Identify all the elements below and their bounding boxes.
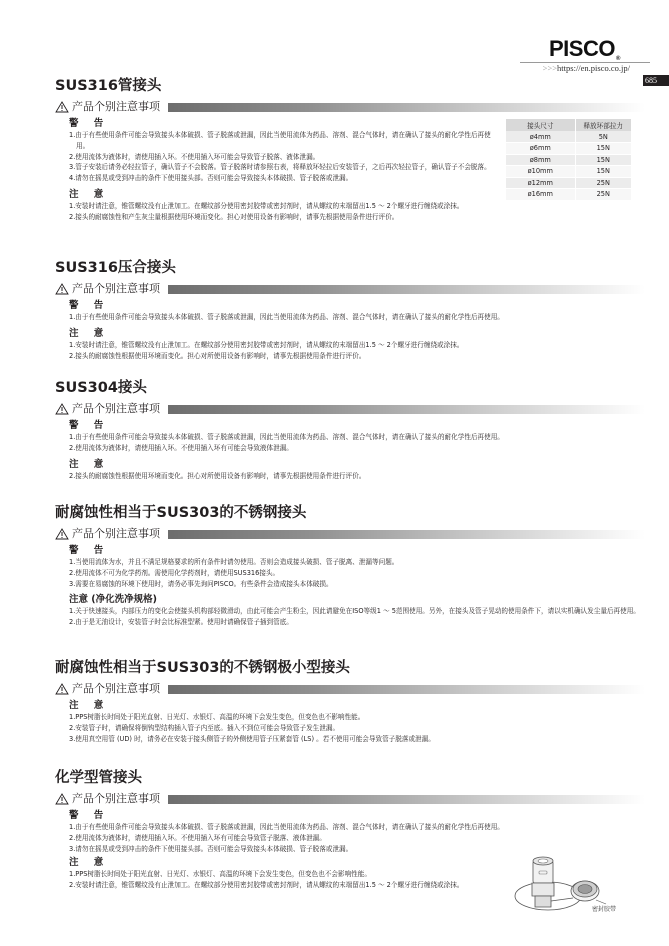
caution-heading: 产品个别注意事项 [72,681,160,696]
section-title: 耐腐蚀性相当于SUS303的不锈钢极小型接头 [55,658,645,678]
column-header-size: 接头尺寸 [506,119,575,131]
warning-item: 1.由于有些使用条件可能会导致接头本体破损、管子脱落或泄漏，因此当使用流体为药品… [69,822,645,833]
caution-item: 2.由于是无油设计，安装管子时会比标准型紧。使用时请确保管子插到管底。 [69,617,645,628]
caution-item: 1.安装时请注意，锥管螺纹没有止泄加工。在螺纹部分使用密封胶带或密封剂时，请从螺… [69,340,645,351]
warning-triangle-icon [55,403,69,415]
caution-heading: 产品个别注意事项 [72,99,160,114]
pisco-logo: PISCO® [549,36,620,62]
sealing-tape-label: 密封胶带 [592,904,616,913]
url-text[interactable]: https://en.pisco.co.jp/ [557,63,630,73]
caution-item: 1.关于快速接头，内部压力的变化会使接头机构部轻微滑动，由此可能会产生粉尘，因此… [69,606,645,617]
warning-item: 2.使用流体为液体时，请使用插入环。不使用插入环有可能会导致管子脱落、液体泄漏。 [69,833,645,844]
warning-list: 1.由于有些使用条件可能会导致接头本体破损、管子脱落或泄漏，因此当使用流体为药品… [69,312,645,323]
cell-size: ø10mm [506,166,575,178]
warning-list: 1.由于有些使用条件可能会导致接头本体破损、管子脱落或泄漏，因此当使用流体为药品… [69,130,500,184]
section-title: 耐腐蚀性相当于SUS303的不锈钢接头 [55,503,645,523]
gradient-bar [168,285,645,294]
table-row: ø4mm5N [506,131,632,143]
caution-heading-bar: 产品个别注意事项 [55,681,645,697]
warning-list: 1.由于有些使用条件可能会导致接头本体破损、管子脱落或泄漏，因此当使用流体为药品… [69,822,645,854]
cell-force: 15N [575,166,631,178]
caution-heading-bar: 产品个别注意事项 [55,791,645,807]
caution-heading-bar: 产品个别注意事项 [55,526,645,542]
section-title: SUS316管接头 [55,76,500,96]
cell-size: ø4mm [506,131,575,143]
caution-heading: 产品个别注意事项 [72,401,160,416]
brand-name: PISCO [549,36,615,61]
page-number: 685 [643,75,669,86]
caution-list: 1.安装时请注意，锥管螺纹没有止泄加工。在螺纹部分使用密封胶带或密封剂时，请从螺… [69,201,659,223]
caution-heading-bar: 产品个别注意事项 [55,99,645,115]
gradient-bar [168,795,645,804]
warning-item: 1.当使用流体为水，并且不满足规格要求的所有条件时请勿使用。否则会造成接头破损、… [69,557,645,568]
url-arrows: >>> [543,63,557,73]
cell-force: 25N [575,189,631,201]
caution-heading-bar: 产品个别注意事项 [55,281,645,297]
caution-list: 1.PPS树脂长时间处于阳光直射、日光灯、水银灯、高温的环境下会发生变色，但变色… [69,869,499,891]
cell-force: 25N [575,177,631,189]
warning-item: 3.管子安装后请务必轻拉管子，确认管子不会脱落。管子脱落时请参照右表，将释放环轻… [69,162,500,173]
cell-force: 15N [575,154,631,166]
warning-item: 2.使用流体为液体时，请使用插入环。不使用插入环可能会导致管子脱落、液体泄漏。 [69,152,500,163]
caution-subheading: 注 意 [69,699,645,712]
caution-cleanroom-heading: 注意 (净化洗净规格) [69,593,645,606]
warning-item: 1.由于有些使用条件可能会导致接头本体破损、管子脱落或泄漏，因此当使用流体为药品… [69,312,645,323]
section-sus304-fitting: SUS304接头 产品个别注意事项 警 告 1.由于有些使用条件可能会导致接头本… [55,378,645,481]
caution-list: 2.接头的耐腐蚀性根据使用环境而变化。担心对所使用设备有影响时，请事先根据使用条… [69,471,645,482]
cell-size: ø6mm [506,143,575,155]
gradient-bar [168,685,645,694]
caution-heading: 产品个别注意事项 [72,281,160,296]
table-row: ø8mm15N [506,154,632,166]
caution-heading: 产品个别注意事项 [72,791,160,806]
gradient-bar [168,103,645,112]
section-sus316-fitting: SUS316管接头 产品个别注意事项 警 告 1.由于有些使用条件可能会导致接头… [55,76,500,223]
caution-item: 2.接头的耐腐蚀性根据使用环境而变化。担心对所使用设备有影响时，请事先根据使用条… [69,471,645,482]
caution-item: 2.安装时请注意，锥管螺纹没有止泄加工。在螺纹部分使用密封胶带或密封剂时，请从螺… [69,880,499,891]
table-row: ø10mm15N [506,166,632,178]
caution-item: 2.安装管子时，请确保将倒钩型结构插入管子内至底。插入不到位可能会导致管子发生泄… [69,723,645,734]
caution-subheading: 注 意 [69,188,500,201]
warning-item: 4.请勿在摇晃或受到冲击的条件下使用接头部。否则可能会导致接头本体破损、管子脱落… [69,173,500,184]
warning-heading: 警 告 [69,419,645,432]
caution-list: 1.PPS树脂长时间处于阳光直射、日光灯、水银灯、高温的环境下会发生变色，但变色… [69,712,645,744]
warning-triangle-icon [55,793,69,805]
caution-list: 1.关于快速接头，内部压力的变化会使接头机构部轻微滑动，由此可能会产生粉尘，因此… [69,606,645,628]
warning-triangle-icon [55,283,69,295]
caution-item: 1.PPS树脂长时间处于阳光直射、日光灯、水银灯、高温的环境下会发生变色，但变色… [69,712,645,723]
gradient-bar [168,530,645,539]
warning-triangle-icon [55,683,69,695]
warning-item: 2.使用流体为液体时，请使用插入环。不使用插入环有可能会导致液体泄漏。 [69,443,645,454]
cell-force: 5N [575,131,631,143]
warning-list: 1.由于有些使用条件可能会导致接头本体破损、管子脱落或泄漏，因此当使用流体为药品… [69,432,645,454]
warning-heading: 警 告 [69,809,645,822]
warning-triangle-icon [55,101,69,113]
column-header-force: 释放环部拉力 [575,119,631,131]
table-row: ø6mm15N [506,143,632,155]
caution-item: 3.使用真空用管 (UD) 时，请务必在安装于接头侧管子的外侧使用管子压紧套管 … [69,734,645,745]
section-title: SUS316压合接头 [55,258,645,278]
caution-heading: 产品个别注意事项 [72,526,160,541]
cell-size: ø8mm [506,154,575,166]
warning-item: 3.需要在易腐蚀的环境下使用时，请务必事先询问PISCO。有些条件会造成接头本体… [69,579,645,590]
table-row: ø16mm25N [506,189,632,201]
warning-heading: 警 告 [69,299,645,312]
section-sus303-miniature-fitting: 耐腐蚀性相当于SUS303的不锈钢极小型接头 产品个别注意事项 注 意 1.PP… [55,658,645,744]
caution-subheading: 注 意 [69,458,645,471]
warning-item: 2.使用流体不可为化学药剂。需使用化学药剂时，请使用SUS316接头。 [69,568,645,579]
table-row: ø12mm25N [506,177,632,189]
warning-item: 1.由于有些使用条件可能会导致接头本体破损、管子脱落或泄漏，因此当使用流体为药品… [69,432,645,443]
section-title: SUS304接头 [55,378,645,398]
cell-size: ø12mm [506,177,575,189]
caution-subheading: 注 意 [69,327,645,340]
caution-item: 2.接头的耐腐蚀性和产生灰尘量根据使用环境而变化。担心对使用设备有影响时，请事先… [69,212,659,223]
warning-heading: 警 告 [69,117,500,130]
section-sus316-compression-fitting: SUS316压合接头 产品个别注意事项 警 告 1.由于有些使用条件可能会导致接… [55,258,645,361]
warning-list: 1.当使用流体为水，并且不满足规格要求的所有条件时请勿使用。否则会造成接头破损、… [69,557,645,589]
website-url[interactable]: >>>https://en.pisco.co.jp/ [520,63,630,73]
warning-item: 1.由于有些使用条件可能会导致接头本体破损、管子脱落或泄漏，因此当使用流体为药品… [69,130,500,152]
caution-list: 1.安装时请注意，锥管螺纹没有止泄加工。在螺纹部分使用密封胶带或密封剂时，请从螺… [69,340,645,362]
caution-item: 1.安装时请注意，锥管螺纹没有止泄加工。在螺纹部分使用密封胶带或密封剂时，请从螺… [69,201,659,212]
section-title: 化学型管接头 [55,768,645,788]
warning-triangle-icon [55,528,69,540]
release-ring-force-table: 接头尺寸 释放环部拉力 ø4mm5N ø6mm15N ø8mm15N ø10mm… [506,119,632,201]
cell-size: ø16mm [506,189,575,201]
warning-heading: 警 告 [69,544,645,557]
gradient-bar [168,405,645,414]
caution-heading-bar: 产品个别注意事项 [55,401,645,417]
cell-force: 15N [575,143,631,155]
caution-item: 2.接头的耐腐蚀性根据使用环境而变化。担心对所使用设备有影响时，请事先根据使用条… [69,351,645,362]
section-sus303-stainless-fitting: 耐腐蚀性相当于SUS303的不锈钢接头 产品个别注意事项 警 告 1.当使用流体… [55,503,645,628]
table-header-row: 接头尺寸 释放环部拉力 [506,119,632,131]
caution-item: 1.PPS树脂长时间处于阳光直射、日光灯、水银灯、高温的环境下会发生变色，但变色… [69,869,499,880]
